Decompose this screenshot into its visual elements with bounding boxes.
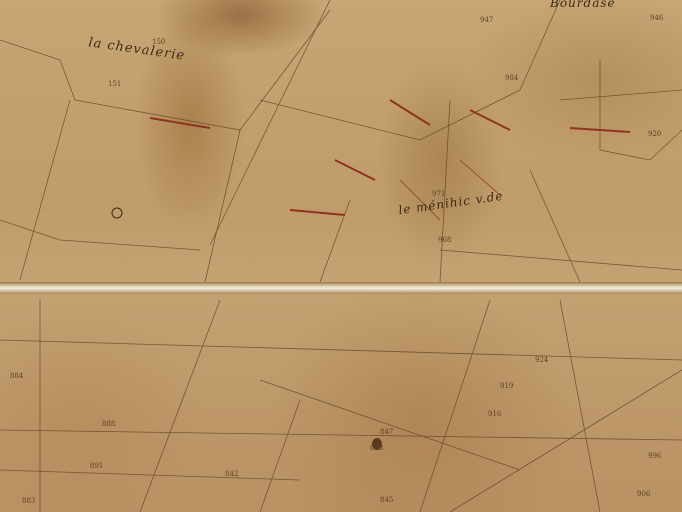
parcel-number: 848 [370,444,383,452]
parcel-number: 891 [90,462,103,470]
place-name: Bourdase [550,0,616,10]
parcel-number: 842 [225,470,238,478]
parcel-number: 968 [438,236,451,244]
parcel-number: 150 [152,38,165,46]
parcel-number: 996 [648,452,661,460]
parcel-number: 920 [648,130,661,138]
parcel-number: 845 [380,496,393,504]
parcel-number: 947 [480,16,493,24]
parcel-number: 919 [500,382,513,390]
parcel-number: 888 [102,420,115,428]
parcel-number: 884 [10,372,23,380]
parcel-number: 924 [535,356,548,364]
parcel-number: 847 [380,428,393,436]
parcel-number: 946 [650,14,663,22]
parcel-number: 984 [505,74,518,82]
parcel-number: 916 [488,410,501,418]
parcel-number: 906 [637,490,650,498]
parcel-boundaries [0,0,682,512]
cadastral-map: la chevaleriele ménihic v.deBourdase 150… [0,0,682,512]
map-fold-crease [0,282,682,294]
parcel-number: 883 [22,497,35,505]
parcel-number: 151 [108,80,121,88]
parcel-number: 971 [432,190,445,198]
